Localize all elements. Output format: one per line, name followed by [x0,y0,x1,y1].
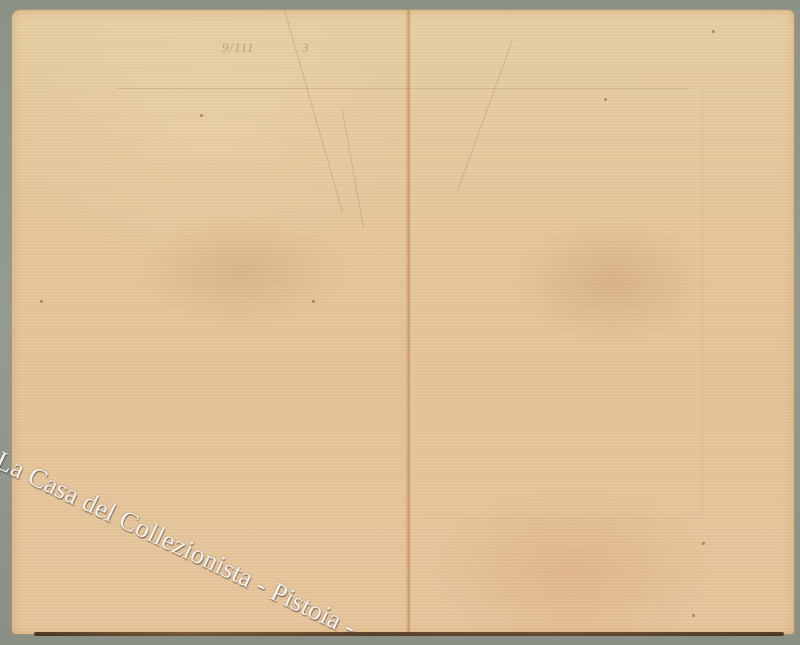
foxing-spot [312,300,315,303]
foxing-spot [712,30,715,33]
foxing-spot [692,614,695,617]
foxing-spot [604,98,607,101]
pencil-inscription-right: 3 [302,40,310,56]
foxing-spot [200,114,203,117]
center-fold [405,10,411,634]
antique-paper-sheet: 9/111 3 [12,10,794,634]
paper-crease [284,10,343,212]
foxing-spot [40,300,43,303]
pencil-inscription-left: 9/111 [222,40,255,56]
foxing-spot [702,542,705,545]
paper-crease [342,110,364,228]
photo-background: 9/111 3 La Casa del Collezionista - Pist… [0,0,800,645]
torn-bottom-edge [34,632,784,636]
plate-mark-right [422,88,703,519]
